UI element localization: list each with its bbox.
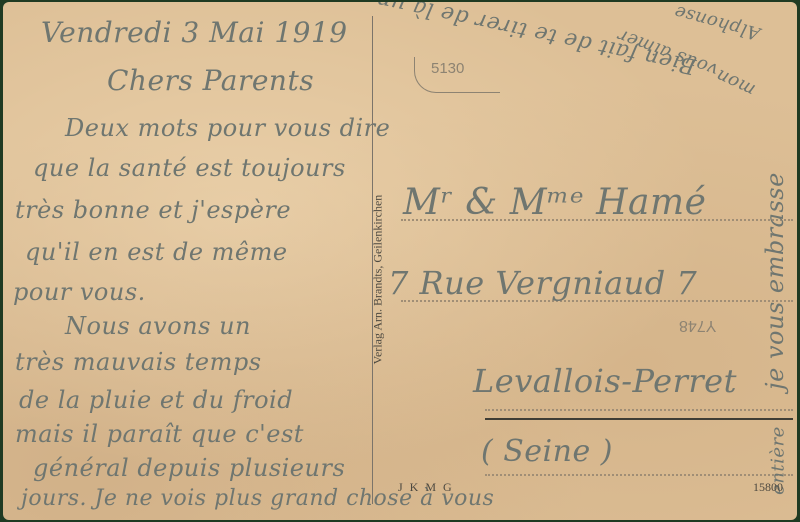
message-line: très mauvais temps [15, 348, 262, 376]
department: ( Seine ) [481, 434, 613, 469]
recipient-name: Mʳ & Mᵐᵉ Hamé [403, 182, 706, 223]
message-line: très bonne et j'espère [15, 196, 291, 224]
message-line: qu'il en est de même [25, 238, 288, 266]
street-address: 7 Rue Vergniaud 7 [388, 264, 697, 302]
salutation: Chers Parents [107, 64, 314, 97]
inverted-pencil-code: Y748 [679, 316, 716, 334]
publisher-imprint: Verlag Arn. Brandts, Geilenkirchen [371, 155, 386, 405]
city: Levallois-Perret [473, 362, 737, 400]
date-line: Vendredi 3 Mai 1919 [41, 16, 348, 49]
message-line: mais il paraît que c'est [15, 420, 304, 448]
upside-down-note: mon [712, 64, 758, 100]
address-line-3 [485, 409, 793, 411]
message-line: pour vous. [13, 278, 146, 306]
message-line: général depuis plusieurs [33, 454, 345, 482]
address-line-4 [485, 474, 793, 476]
message-line: que la santé est toujours [33, 154, 346, 182]
message-line: Nous avons un [65, 312, 251, 340]
card-number: 15800 [753, 480, 783, 495]
signature: Alphonse [672, 2, 763, 44]
postcard-back: Vendredi 3 Mai 1919 Chers Parents Deux m… [3, 2, 797, 520]
message-line: de la pluie et du froid [19, 386, 293, 414]
margin-note: je vous embrasse [761, 171, 789, 391]
series-mark: J K M G [398, 480, 454, 495]
archive-number: 5130 [431, 60, 464, 77]
address-rule [485, 418, 793, 420]
message-line: Deux mots pour vous dire [65, 114, 390, 142]
